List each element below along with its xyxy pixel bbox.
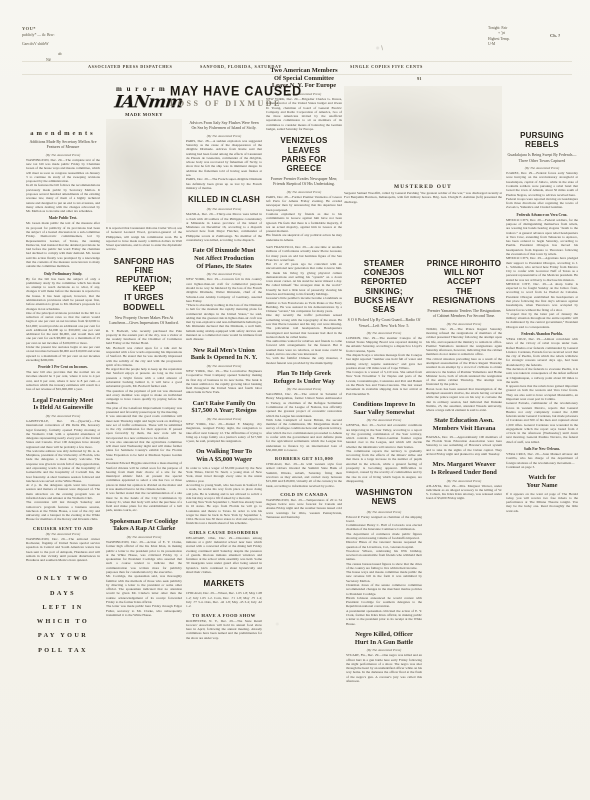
story-text: Edward P. Farley resigned as chairman of… — [346, 515, 422, 626]
story-subhead: Federals Advance on Vera Cruz. — [506, 213, 578, 217]
byline: (By The Associated Press) — [506, 166, 578, 170]
ear-left-line: GzecifxV shithW — [22, 42, 112, 48]
story-headline: State Education Assn. Members Visit Hava… — [426, 417, 502, 432]
story-text: In order to win a wager of $5,000 posted… — [186, 466, 262, 526]
story-text: NEW YORK, Dec. 29.—Concern felt in this … — [186, 277, 262, 341]
story-headline: Spokesman For Coolidge Takes A Rap At Cl… — [106, 518, 182, 533]
story-headline: Watch for Your Name — [506, 474, 578, 489]
byline: (By The Associated Press) — [266, 92, 342, 96]
byline: (By The Associated Press) — [346, 648, 422, 652]
story-headline-garbled: amendments — [26, 130, 100, 137]
story-deck: New Property Owner Makes Plea At Luncheo… — [107, 315, 181, 326]
story-text: ATLANTA, Dec. 29.—Mrs. Margaret Weaver, … — [426, 484, 502, 501]
story-text: LONDON, Dec. 29.—The steamer Conejos of … — [346, 336, 422, 396]
poll-tax-notice: ONLY TWO DAYS LEFT IN WHICH TO PAY YOUR … — [26, 572, 100, 658]
story-text: ROCHESTER, N. Y., Dec. 29.—The State Ret… — [186, 619, 262, 640]
story-text: If it appears on the want ad page of The… — [506, 492, 578, 513]
story-headline: Two American Members Of Special Committe… — [266, 67, 342, 90]
story-headline: CRUISER SENT TO AID — [26, 526, 100, 531]
stray-mark: 91 — [417, 76, 422, 81]
story-text: MANILA, Dec. 29.—Thirty-one Moros were k… — [186, 212, 262, 242]
byline: (By The Associated Press) — [186, 272, 262, 276]
story-text: SALONIKI, Dec. 29.—The arrival in Saloni… — [266, 392, 342, 452]
stray-mark: \ — [380, 44, 384, 52]
story-text: CHICAGO, Dec. 29.—Wheat, Dec. 1.05 1-8; … — [186, 591, 262, 608]
story-headline: MADE MONEY — [106, 112, 182, 117]
story-text: STUART, Fla., Dec. 29.—One negro was kil… — [346, 653, 422, 683]
byline: (By The Associated Press) — [26, 414, 100, 418]
story-text: PARIS, Dec. 28.—A sudden explosion was s… — [186, 139, 262, 190]
story-headline: Mrs. Margaret Weaver Is Released Under B… — [426, 461, 502, 476]
news-column-1: amendmentsAdditions Made By Secretary Me… — [26, 128, 100, 790]
story-text: NEW YORK, Dec. 29.—Brigadier Charles G. … — [266, 97, 342, 131]
story-subhead: Made Public Text. — [26, 216, 100, 220]
dateline-price: SINGLE COPIES FIVE CENTS — [350, 64, 423, 69]
story-text: NEW YORK, Dec. 29.—The Locomotive Engine… — [186, 369, 262, 395]
story-text: VERA CRUZ, Dec. 29.—Juan Manuel Alvarez … — [506, 452, 578, 469]
story-subhead: Federals Abandon Puebla. — [506, 332, 578, 336]
story-headline: TO HAVE A FOOD SHOW — [186, 613, 262, 618]
story-subhead: Sails For New Orleans. — [506, 447, 578, 451]
story-headline: MARKETS — [186, 579, 262, 588]
story-text: WASHINGTON, Dec. 29.—The armored cruiser… — [26, 537, 100, 563]
story-text: DELAWARE, Ohio, Dec. 29.—Disorders among… — [186, 536, 262, 575]
story-headline: KILLED IN CLASH — [186, 195, 262, 204]
story-headline: Fate Of Dixmude Must Not Affect Producti… — [186, 247, 262, 270]
story-deck: Additions Made By Secretary Mellon Are F… — [27, 139, 99, 150]
story-text: PARIS, Dec. 28.—Former Premier Venizelos… — [266, 195, 342, 242]
news-column-6: PRINCE HIROHITO WILL NOT ACCEPT THE RESI… — [426, 254, 502, 790]
newspaper-page: YOU* publicly* — ik: Brw: GzecifxV shith… — [0, 0, 590, 800]
story-headline: WASHINGTON NEWS — [346, 488, 422, 506]
byline: (By The Associated Press) — [26, 532, 100, 536]
story-deck: S O S Picked Up By Coast Guard—Radio Of … — [347, 317, 421, 328]
weather-box: Tonight: Fair + 'jrt Highest Temp. U-M — [488, 26, 546, 47]
ear-left-line: publicly* — ik: Brw: — [22, 33, 112, 39]
story-headline: On Walking Tour To Win A $5,000 Wager — [186, 448, 262, 463]
byline: (By The Associated Press) — [346, 418, 422, 422]
story-headline: Negro Killed, Officer Hurt In A Gun Batt… — [346, 631, 422, 646]
ear-left-line: YOU* — [22, 26, 112, 33]
story-deck: Former Premier Evades Newspaper Men; Fri… — [267, 176, 341, 187]
story-text: WASHINGTON, Dec. 29.—The complete text o… — [26, 158, 100, 214]
story-headline: GIRLS CAUSE DISORDERS — [186, 530, 262, 535]
story-subhead: Only Preliminary Study. — [26, 272, 100, 276]
story-headline: Can't Raise Family On $17,500 A Year; Re… — [186, 400, 262, 415]
story-headline: ROBBERS GET $15,000 — [266, 456, 342, 461]
story-text: It is reported that Lieutenant Osborne C… — [106, 226, 182, 252]
story-deck: Premier Yamamoto Tenders The Resignation… — [427, 308, 501, 319]
story-text: SAN FRANCISCO, Dec. 29.—At one time or a… — [266, 245, 342, 365]
story-text: VERA CRUZ, Dec. 29.—Almost coincident wi… — [506, 337, 578, 444]
news-column-5: STEAMER CONEJOS REPORTED SINKING; BUCKS … — [346, 254, 422, 790]
byline: (By The Associated Press) — [266, 190, 342, 194]
byline: (By The Associated Press) — [106, 535, 182, 539]
story-text: MEXICO CITY, Dec. 29.—Federal soldiers, … — [506, 218, 578, 329]
story-headline: Plan To Help Greek Refugee Is Under Way — [266, 370, 342, 385]
news-column-2: MADE MONEYIt is reported that Lieutenant… — [106, 108, 182, 790]
story-headline: PRINCE HIROHITO WILL NOT ACCEPT THE RESI… — [426, 259, 502, 305]
news-column-4: Two American Members Of Special Committe… — [266, 62, 342, 790]
byline: (By The Associated Press) — [266, 387, 342, 391]
stray-mark: Ch. ? — [550, 33, 560, 38]
story-text: JUAREZ, Dec. 29.—Federal forces early Sa… — [506, 171, 578, 210]
story-headline: STEAMER CONEJOS REPORTED SINKING; BUCKS … — [346, 259, 422, 314]
photo-title: MUSTERED OUT — [344, 184, 502, 190]
story-text: GENEVA, Dec. 29.—Social and economic con… — [346, 423, 422, 483]
story-text: By far the bill has been the subject of … — [26, 277, 100, 363]
story-headline: VENIZELOS LEAVES PARIS FOR GREECE — [266, 136, 342, 173]
photo-placeholder — [344, 86, 502, 180]
byline: (By The Associated Press) — [426, 479, 502, 483]
story-text: GAINESVILLE, Dec. 29.—(Special).—The int… — [26, 419, 100, 522]
story-deck: Advices From Italy Say Flashes Were Seen… — [187, 120, 261, 131]
story-headline: PURSUING REBELS — [506, 131, 578, 149]
ear-left: YOU* publicly* — ik: Brw: GzecifxV shith… — [22, 26, 112, 63]
weather-line: U-M — [488, 42, 546, 47]
byline: (By The Associated Press) — [186, 134, 262, 138]
story-headline: COLD IN CANADA — [266, 492, 342, 497]
story-text: HAVANA, Dec. 29.—Approximately 100 membe… — [426, 435, 502, 456]
story-text: WASHINGTON, Dec. 29.—Temperatures of 20 … — [266, 498, 342, 519]
story-deck: Guadalajara Is Being Swept By Federals—T… — [507, 152, 577, 163]
byline: (By The Associated Press) — [186, 207, 262, 211]
byline: (By The Associated Press) — [346, 331, 422, 335]
photo-caption: Sergeant Samuel Woodfill, called by Gene… — [344, 191, 502, 204]
story-headline: New Rail Men's Union Bank Is Opened In N… — [186, 347, 262, 362]
story-text: CHICAGO, Dec. 29.—In wild western style … — [266, 462, 342, 488]
story-text: The new bill also provides that the norm… — [26, 370, 100, 391]
story-headline: SANFORD HAS FINE REPUTATION; KEEP IT URG… — [106, 257, 182, 312]
news-column-7: PURSUING REBELSGuadalajara Is Being Swep… — [506, 126, 578, 790]
story-text: NEW YORK, Dec. 29.—Daniel F. Murphy, cit… — [186, 422, 262, 443]
story-text: R. T. Bodwell, who recently purchased th… — [106, 329, 182, 513]
byline: (By The Associated Press) — [426, 322, 502, 326]
news-column-3: Advices From Italy Say Flashes Were Seen… — [186, 118, 262, 790]
byline: (By The Associated Press) — [346, 510, 422, 514]
byline: (By The Associated Press) — [186, 417, 262, 421]
photo-mustered-out: MUSTERED OUT Sergeant Samuel Woodfill, c… — [344, 84, 502, 204]
story-text: Mr. Green made public the text of the me… — [26, 221, 100, 268]
story-text: TOKIO, Dec. 29.—The Prince Regent Saturd… — [426, 327, 502, 413]
byline: (By The Associated Press) — [186, 364, 262, 368]
dateline-ap: ASSOCIATED PRESS DISPATCHES — [88, 64, 172, 69]
story-subhead: Provide 3 Per Cent on Incomes. — [26, 365, 100, 369]
photo-placeholder — [106, 119, 182, 223]
story-headline: Legal Fraternity Meet Is Held At Gainesv… — [26, 397, 100, 412]
story-headline: Conditions Improve In Saar Valley Somewh… — [346, 401, 422, 416]
byline: (By The Associated Press) — [26, 153, 100, 157]
story-text: WASHINGTON, Dec. 29.—Action of E. Y. Cla… — [106, 540, 182, 617]
